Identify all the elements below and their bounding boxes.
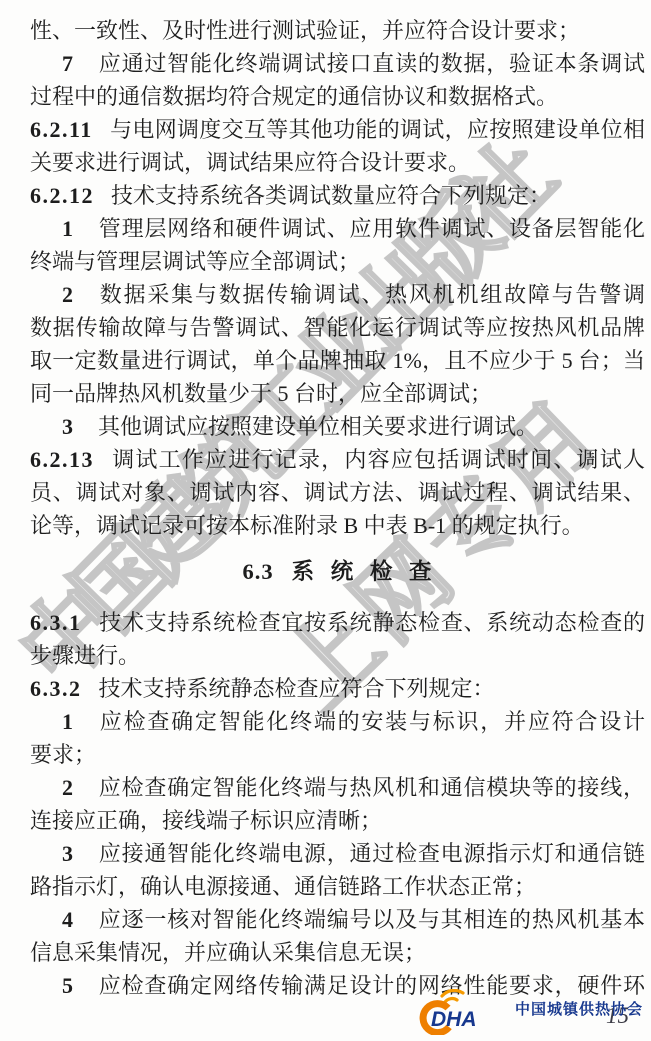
cdha-logo: DHA 中国城镇供热协会 [414, 989, 643, 1035]
line-number: 4 [62, 907, 73, 932]
line-number: 6.2.13 [30, 447, 94, 472]
line-text: 路指示灯，确认电源接通、通信链路工作状态正常； [30, 874, 536, 899]
clause-line: 6.2.13调试工作应进行记录，内容应包括调试时间、调试人 [30, 443, 645, 476]
section-title: 系 统 检 查 [292, 559, 433, 584]
signal-arcs-icon [442, 990, 463, 1002]
line-number: 6.2.12 [30, 183, 94, 208]
line-text: 应检查确定智能化终端的安装与标识，并应符合设计 [98, 709, 645, 734]
section-number: 6.3 [242, 559, 273, 584]
line-text: 同一品牌热风机数量少于 5 台时，应全部调试； [30, 381, 492, 406]
line-text: 连接应正确，接线端子标识应清晰； [30, 808, 382, 833]
line-number: 7 [62, 51, 73, 76]
section-heading: 6.3系 统 检 查 [30, 555, 645, 588]
line-number: 6.3.2 [30, 676, 82, 701]
text-line: 路指示灯，确认电源接通、通信链路工作状态正常； [30, 870, 645, 903]
text-line: 员、调试对象、调试内容、调试方法、调试过程、调试结果、结 [30, 476, 645, 509]
text-line: 要求； [30, 738, 645, 771]
text-line: 信息采集情况，并应确认采集信息无误； [30, 936, 645, 969]
line-text: 关要求进行调试，调试结果应符合设计要求。 [30, 150, 470, 175]
line-text: 应逐一核对智能化终端编号以及与其相连的热风机基本 [98, 907, 645, 932]
item-line: 4应逐一核对智能化终端编号以及与其相连的热风机基本 [30, 903, 645, 936]
item-line: 1管理层网络和硬件调试、应用软件调试、设备层智能化 [30, 212, 645, 245]
text-line: 过程中的通信数据均符合规定的通信协议和数据格式。 [30, 80, 645, 113]
item-line: 7应通过智能化终端调试接口直读的数据，验证本条调试 [30, 47, 645, 80]
org-name: 中国城镇供热协会 [515, 1002, 643, 1023]
line-text: 员、调试对象、调试内容、调试方法、调试过程、调试结果、结 [30, 480, 645, 509]
line-number: 2 [62, 282, 73, 307]
text-line: 步骤进行。 [30, 639, 645, 672]
text-line: 关要求进行调试，调试结果应符合设计要求。 [30, 146, 645, 179]
text-line: 取一定数量进行调试，单个品牌抽取 1%，且不应少于 5 台；当 [30, 344, 645, 377]
item-line: 3其他调试应按照建设单位相关要求进行调试。 [30, 410, 645, 443]
document-page: 中国建筑工业出版社 上网专用 性、一致性、及时性进行测试验证，并应符合设计要求；… [0, 0, 651, 1041]
clause-line: 6.3.1技术支持系统检查宜按系统静态检查、系统动态检查的 [30, 606, 645, 639]
line-text: 性、一致性、及时性进行测试验证，并应符合设计要求； [30, 18, 580, 43]
logo-acronym: DHA [431, 1008, 477, 1031]
text-line: 论等，调试记录可按本标准附录 B 中表 B-1 的规定执行。 [30, 509, 645, 542]
line-number: 2 [62, 775, 73, 800]
line-text: 技术支持系统检查宜按系统静态检查、系统动态检查的 [99, 610, 646, 635]
line-text: 取一定数量进行调试，单个品牌抽取 1%，且不应少于 5 台；当 [30, 348, 645, 373]
text-line: 数据传输故障与告警调试、智能化运行调试等应按热风机品牌抽 [30, 311, 645, 344]
clause-line: 6.2.12技术支持系统各类调试数量应符合下列规定： [30, 179, 645, 212]
clause-line: 6.3.2技术支持系统静态检查应符合下列规定： [30, 672, 645, 705]
item-line: 2应检查确定智能化终端与热风机和通信模块等的接线， [30, 771, 645, 804]
line-text: 应接通智能化终端电源，通过检查电源指示灯和通信链 [98, 841, 645, 866]
line-number: 3 [62, 841, 73, 866]
line-text: 数据采集与数据传输调试、热风机机组故障与告警调试、 [62, 282, 645, 311]
line-text: 应通过智能化终端调试接口直读的数据，验证本条调试 [98, 51, 645, 76]
line-number: 1 [62, 709, 73, 734]
line-text: 数据传输故障与告警调试、智能化运行调试等应按热风机品牌抽 [30, 315, 645, 344]
line-text: 调试工作应进行记录，内容应包括调试时间、调试人 [111, 447, 645, 472]
line-number: 3 [62, 414, 73, 439]
line-text: 信息采集情况，并应确认采集信息无误； [30, 940, 426, 965]
clause-line: 6.2.11与电网调度交互等其他功能的调试，应按照建设单位相 [30, 113, 645, 146]
item-line: 2数据采集与数据传输调试、热风机机组故障与告警调试、 [30, 278, 645, 311]
line-text: 技术支持系统静态检查应符合下列规定： [99, 676, 495, 701]
item-line: 3应接通智能化终端电源，通过检查电源指示灯和通信链 [30, 837, 645, 870]
line-text: 步骤进行。 [30, 643, 140, 668]
text-line: 同一品牌热风机数量少于 5 台时，应全部调试； [30, 377, 645, 410]
text-line: 连接应正确，接线端子标识应清晰； [30, 804, 645, 837]
line-text: 过程中的通信数据均符合规定的通信协议和数据格式。 [30, 84, 558, 109]
line-text: 要求； [30, 742, 96, 767]
text-line: 终端与管理层调试等应全部调试； [30, 245, 645, 278]
line-number: 6.3.1 [30, 610, 82, 635]
line-text: 与电网调度交互等其他功能的调试，应按照建设单位相 [110, 117, 645, 142]
line-text: 论等，调试记录可按本标准附录 B 中表 B-1 的规定执行。 [30, 513, 584, 538]
line-number: 5 [62, 973, 73, 998]
cdha-logo-icon: DHA [414, 989, 510, 1035]
line-text: 管理层网络和硬件调试、应用软件调试、设备层智能化 [98, 216, 645, 241]
line-text: 终端与管理层调试等应全部调试； [30, 249, 360, 274]
line-number: 6.2.11 [30, 117, 93, 142]
item-line: 1应检查确定智能化终端的安装与标识，并应符合设计 [30, 705, 645, 738]
line-text: 技术支持系统各类调试数量应符合下列规定： [111, 183, 551, 208]
page-footer: 15 DHA 中国城镇供热协会 [385, 989, 645, 1037]
line-text: 应检查确定智能化终端与热风机和通信模块等的接线， [98, 775, 645, 800]
line-number: 1 [62, 216, 73, 241]
line-text: 其他调试应按照建设单位相关要求进行调试。 [98, 414, 538, 439]
document-content: 性、一致性、及时性进行测试验证，并应符合设计要求；7应通过智能化终端调试接口直读… [30, 14, 645, 1002]
text-line: 性、一致性、及时性进行测试验证，并应符合设计要求； [30, 14, 645, 47]
